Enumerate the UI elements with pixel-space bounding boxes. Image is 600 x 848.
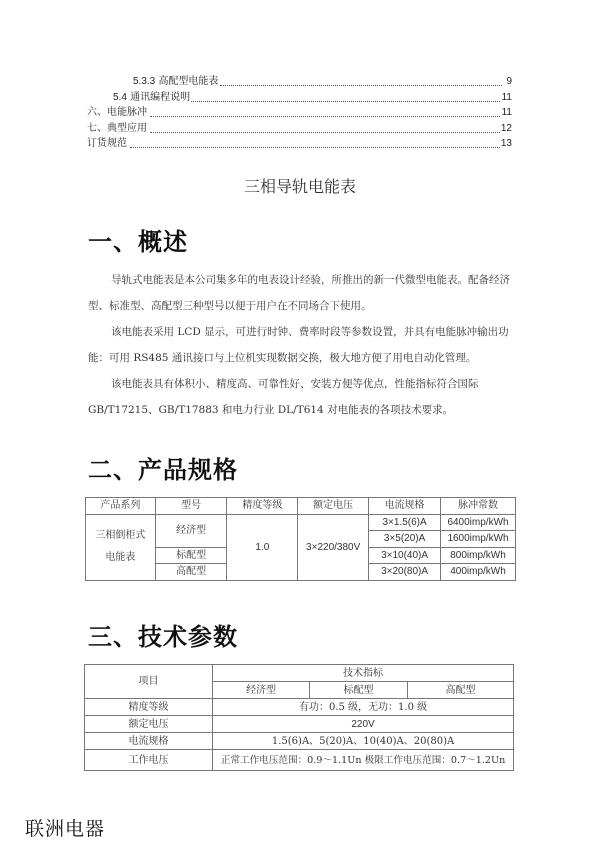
value-cell: 220V bbox=[213, 716, 514, 733]
model-cell: 标配型 bbox=[155, 547, 227, 564]
table-row: 电流规格 1.5(6)A、5(20)A、10(40)A、20(80)A bbox=[85, 733, 514, 750]
toc-leader-dots bbox=[130, 147, 500, 148]
item-cell: 电流规格 bbox=[85, 733, 213, 750]
toc-leader-dots bbox=[220, 85, 502, 86]
item-cell: 精度等级 bbox=[85, 699, 213, 716]
section-heading-tech: 三、技术参数 bbox=[88, 617, 238, 652]
toc-leader-dots bbox=[150, 116, 500, 117]
header-cell: 额定电压 bbox=[298, 498, 369, 515]
paragraph-line: GB/T17215、GB/T17883 和电力行业 DL/T614 对电能表的各… bbox=[88, 397, 518, 423]
accuracy-cell: 1.0 bbox=[227, 514, 298, 580]
series-cell: 三相倒柜式 电能表 bbox=[86, 514, 156, 580]
toc-entry[interactable]: 5.4 通讯编程说明 11 bbox=[0, 90, 600, 105]
toc-entry-label: 七、典型应用 bbox=[87, 121, 148, 136]
toc-entry-label: 通讯编程说明 bbox=[130, 92, 190, 103]
table-row: 工作电压 正常工作电压范围：0.9～1.1Un 极限工作电压范围：0.7～1.2… bbox=[85, 750, 514, 771]
toc-page-number: 11 bbox=[502, 90, 512, 105]
toc-entry[interactable]: 六、电能脉冲 11 bbox=[0, 105, 600, 120]
pulse-cell: 6400imp/kWh bbox=[441, 514, 516, 531]
model-cell: 高配型 bbox=[155, 564, 227, 581]
overview-paragraphs: 导轨式电能表是本公司集多年的电表设计经验，所推出的新一代微型电能表。配备经济 型… bbox=[88, 267, 518, 423]
toc-entry[interactable]: 订货规范 13 bbox=[0, 136, 600, 151]
document-title: 三相导轨电能表 bbox=[0, 174, 600, 197]
toc-entry-label: 高配型电能表 bbox=[158, 76, 218, 87]
toc-page-number: 9 bbox=[506, 74, 512, 89]
toc-entry[interactable]: 5.3.3 高配型电能表 9 bbox=[0, 74, 600, 89]
table-header-row: 产品系列 型号 精度等级 额定电压 电流规格 脉冲常数 bbox=[86, 498, 516, 515]
current-cell: 3×5(20)A bbox=[369, 531, 441, 548]
paragraph-line: 该电能表采用 LCD 显示，可进行时钟、费率时段等参数设置，并具有电能脉冲输出功 bbox=[88, 319, 518, 345]
group-header-cell: 技术指标 bbox=[213, 665, 514, 682]
current-cell: 3×10(40)A bbox=[369, 547, 441, 564]
brand-logo-text: 联洲电器 bbox=[25, 814, 105, 841]
header-cell: 脉冲常数 bbox=[441, 498, 516, 515]
section-heading-specs: 二、产品规格 bbox=[88, 450, 238, 485]
current-cell: 3×1.5(6)A bbox=[369, 514, 441, 531]
pulse-cell: 800imp/kWh bbox=[441, 547, 516, 564]
toc-entry[interactable]: 七、典型应用 12 bbox=[0, 121, 600, 136]
tech-params-table: 项目 技术指标 经济型 标配型 高配型 精度等级 有功：0.5 级，无功：1.0… bbox=[84, 664, 514, 771]
table-row: 额定电压 220V bbox=[85, 716, 514, 733]
toc-page-number: 13 bbox=[501, 136, 512, 151]
subheader-cell: 高配型 bbox=[408, 682, 514, 699]
header-cell: 电流规格 bbox=[369, 498, 441, 515]
item-cell: 工作电压 bbox=[85, 750, 213, 771]
table-row: 三相倒柜式 电能表 经济型 1.0 3×220/380V 3×1.5(6)A 6… bbox=[86, 514, 516, 531]
value-cell: 有功：0.5 级，无功：1.0 级 bbox=[213, 699, 514, 716]
toc-leader-dots bbox=[190, 101, 500, 102]
paragraph-line: 能：可用 RS485 通讯接口与上位机实现数据交换，极大地方便了用电自动化管理。 bbox=[88, 345, 518, 371]
toc-leader-dots bbox=[150, 132, 500, 133]
paragraph-line: 型、标准型、高配型三种型号以便于用户在不同场合下使用。 bbox=[88, 293, 518, 319]
table-header-row: 项目 技术指标 bbox=[85, 665, 514, 682]
toc-page-number: 12 bbox=[501, 121, 512, 136]
voltage-cell: 3×220/380V bbox=[298, 514, 369, 580]
pulse-cell: 400imp/kWh bbox=[441, 564, 516, 581]
pulse-cell: 1600imp/kWh bbox=[441, 531, 516, 548]
item-header-cell: 项目 bbox=[85, 665, 213, 699]
paragraph-line: 该电能表具有体积小、精度高、可靠性好、安装方便等优点，性能指标符合国际 bbox=[88, 371, 518, 397]
subheader-cell: 经济型 bbox=[213, 682, 310, 699]
item-cell: 额定电压 bbox=[85, 716, 213, 733]
toc-page-number: 11 bbox=[502, 105, 512, 120]
model-cell: 经济型 bbox=[155, 514, 227, 547]
subheader-cell: 标配型 bbox=[310, 682, 408, 699]
toc-entry-label: 六、电能脉冲 bbox=[87, 105, 148, 120]
value-cell: 正常工作电压范围：0.9～1.1Un 极限工作电压范围：0.7～1.2Un bbox=[213, 750, 514, 771]
header-cell: 型号 bbox=[155, 498, 227, 515]
section-heading-overview: 一、概述 bbox=[88, 222, 188, 257]
toc-entry-label: 订货规范 bbox=[87, 136, 128, 151]
product-spec-table: 产品系列 型号 精度等级 额定电压 电流规格 脉冲常数 三相倒柜式 电能表 经济… bbox=[85, 497, 516, 581]
header-cell: 精度等级 bbox=[227, 498, 298, 515]
value-cell: 1.5(6)A、5(20)A、10(40)A、20(80)A bbox=[213, 733, 514, 750]
header-cell: 产品系列 bbox=[86, 498, 156, 515]
current-cell: 3×20(80)A bbox=[369, 564, 441, 581]
table-row: 精度等级 有功：0.5 级，无功：1.0 级 bbox=[85, 699, 514, 716]
paragraph-line: 导轨式电能表是本公司集多年的电表设计经验，所推出的新一代微型电能表。配备经济 bbox=[88, 267, 518, 293]
